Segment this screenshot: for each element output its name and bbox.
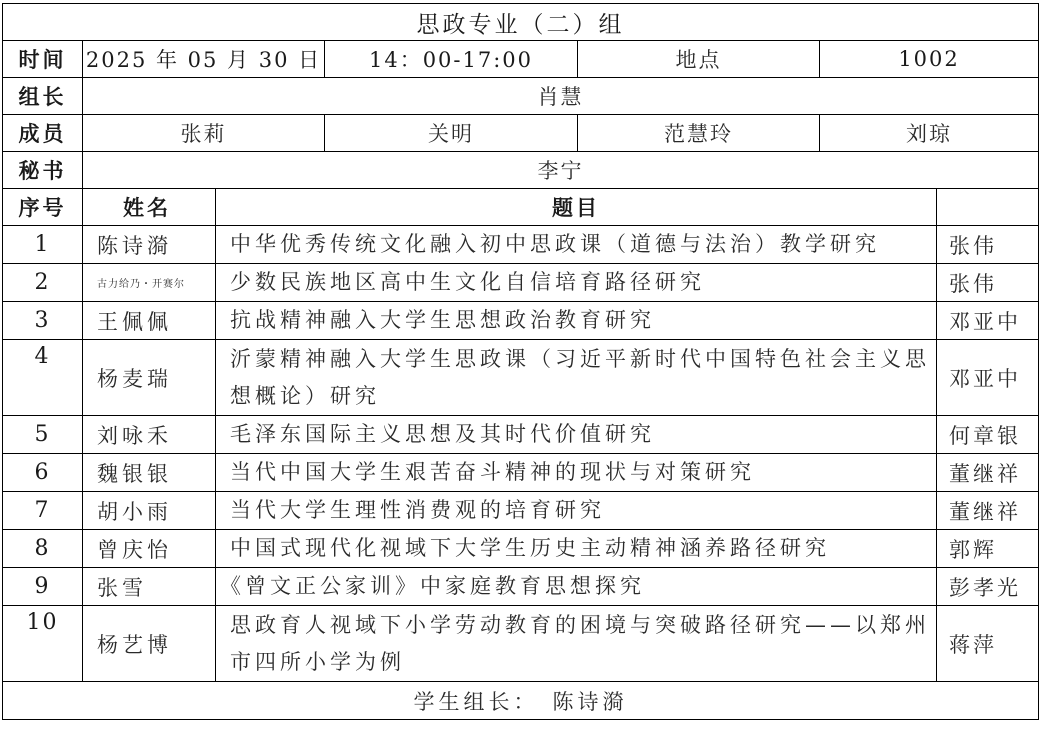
schedule-table: 思政专业（二）组 时间 2025 年 05 月 30 日 14：00-17:00…: [2, 3, 1039, 720]
header-advisor: [937, 189, 1039, 226]
date-value: 2025 年 05 月 30 日: [83, 41, 325, 78]
location-value: 1002: [820, 41, 1039, 78]
time-range-value: 14：00-17:00: [325, 41, 578, 78]
members-label: 成员: [3, 115, 83, 152]
row-seq: 1: [3, 226, 83, 264]
table-row: 6 魏银银 当代中国大学生艰苦奋斗精神的现状与对策研究 董继祥: [3, 454, 1039, 492]
table-row: 5 刘咏禾 毛泽东国际主义思想及其时代价值研究 何章银: [3, 416, 1039, 454]
row-seq: 10: [3, 606, 83, 682]
row-topic: 当代大学生理性消费观的培育研究: [216, 492, 937, 530]
row-advisor: 邓亚中: [937, 340, 1039, 416]
row-name: 曾庆怡: [83, 530, 216, 568]
row-name: 胡小雨: [83, 492, 216, 530]
table-row: 4 杨麦瑞 沂蒙精神融入大学生思政课（习近平新时代中国特色社会主义思想概论）研究…: [3, 340, 1039, 416]
row-seq: 2: [3, 264, 83, 302]
table-row: 3 王佩佩 抗战精神融入大学生思想政治教育研究 邓亚中: [3, 302, 1039, 340]
row-topic: 中华优秀传统文化融入初中思政课（道德与法治）教学研究: [216, 226, 937, 264]
row-seq: 5: [3, 416, 83, 454]
secretary-label: 秘书: [3, 152, 83, 189]
header-name: 姓名: [83, 189, 216, 226]
student-leader-label: 学生组长：: [414, 690, 539, 714]
table-row: 7 胡小雨 当代大学生理性消费观的培育研究 董继祥: [3, 492, 1039, 530]
member-2: 关明: [325, 115, 578, 152]
schedule-document: 思政专业（二）组 时间 2025 年 05 月 30 日 14：00-17:00…: [2, 3, 1038, 720]
row-topic: 当代中国大学生艰苦奋斗精神的现状与对策研究: [216, 454, 937, 492]
row-name: 王佩佩: [83, 302, 216, 340]
row-seq: 7: [3, 492, 83, 530]
row-name: 张雪: [83, 568, 216, 606]
member-4: 刘琼: [820, 115, 1039, 152]
row-advisor: 彭孝光: [937, 568, 1039, 606]
table-row: 9 张雪 《曾文正公家训》中家庭教育思想探究 彭孝光: [3, 568, 1039, 606]
row-seq: 8: [3, 530, 83, 568]
member-1: 张莉: [83, 115, 325, 152]
members-row: 成员 张莉 关明 范慧玲 刘琼: [3, 115, 1039, 152]
row-advisor: 张伟: [937, 264, 1039, 302]
time-location-row: 时间 2025 年 05 月 30 日 14：00-17:00 地点 1002: [3, 41, 1039, 78]
row-advisor: 蒋萍: [937, 606, 1039, 682]
header-seq: 序号: [3, 189, 83, 226]
row-topic: 抗战精神融入大学生思想政治教育研究: [216, 302, 937, 340]
footer-row: 学生组长：陈诗漪: [3, 682, 1039, 720]
student-leader: 学生组长：陈诗漪: [3, 682, 1039, 720]
table-row: 8 曾庆怡 中国式现代化视域下大学生历史主动精神涵养路径研究 郭辉: [3, 530, 1039, 568]
row-topic: 毛泽东国际主义思想及其时代价值研究: [216, 416, 937, 454]
row-advisor: 郭辉: [937, 530, 1039, 568]
row-seq: 6: [3, 454, 83, 492]
table-header-row: 序号 姓名 题目: [3, 189, 1039, 226]
row-topic: 《曾文正公家训》中家庭教育思想探究: [216, 568, 937, 606]
secretary-value: 李宁: [83, 152, 1039, 189]
table-row: 1 陈诗漪 中华优秀传统文化融入初中思政课（道德与法治）教学研究 张伟: [3, 226, 1039, 264]
time-label: 时间: [3, 41, 83, 78]
row-advisor: 董继祥: [937, 492, 1039, 530]
row-name: 杨艺博: [83, 606, 216, 682]
row-name: 魏银银: [83, 454, 216, 492]
row-seq: 3: [3, 302, 83, 340]
row-name: 古力给乃・开赛尔: [83, 264, 216, 302]
row-seq: 4: [3, 340, 83, 416]
row-name: 陈诗漪: [83, 226, 216, 264]
row-topic: 中国式现代化视域下大学生历史主动精神涵养路径研究: [216, 530, 937, 568]
leader-label: 组长: [3, 78, 83, 115]
row-topic: 思政育人视域下小学劳动教育的困境与突破路径研究——以郑州市四所小学为例: [216, 606, 937, 682]
location-label: 地点: [578, 41, 820, 78]
row-name: 刘咏禾: [83, 416, 216, 454]
row-seq: 9: [3, 568, 83, 606]
row-advisor: 邓亚中: [937, 302, 1039, 340]
secretary-row: 秘书 李宁: [3, 152, 1039, 189]
page-title: 思政专业（二）组: [3, 4, 1039, 41]
row-advisor: 董继祥: [937, 454, 1039, 492]
header-topic: 题目: [216, 189, 937, 226]
row-advisor: 何章银: [937, 416, 1039, 454]
title-row: 思政专业（二）组: [3, 4, 1039, 41]
row-name: 杨麦瑞: [83, 340, 216, 416]
row-advisor: 张伟: [937, 226, 1039, 264]
table-row: 10 杨艺博 思政育人视域下小学劳动教育的困境与突破路径研究——以郑州市四所小学…: [3, 606, 1039, 682]
member-3: 范慧玲: [578, 115, 820, 152]
row-topic: 少数民族地区高中生文化自信培育路径研究: [216, 264, 937, 302]
student-leader-value: 陈诗漪: [553, 690, 628, 714]
table-row: 2 古力给乃・开赛尔 少数民族地区高中生文化自信培育路径研究 张伟: [3, 264, 1039, 302]
row-topic: 沂蒙精神融入大学生思政课（习近平新时代中国特色社会主义思想概论）研究: [216, 340, 937, 416]
leader-row: 组长 肖慧: [3, 78, 1039, 115]
leader-value: 肖慧: [83, 78, 1039, 115]
